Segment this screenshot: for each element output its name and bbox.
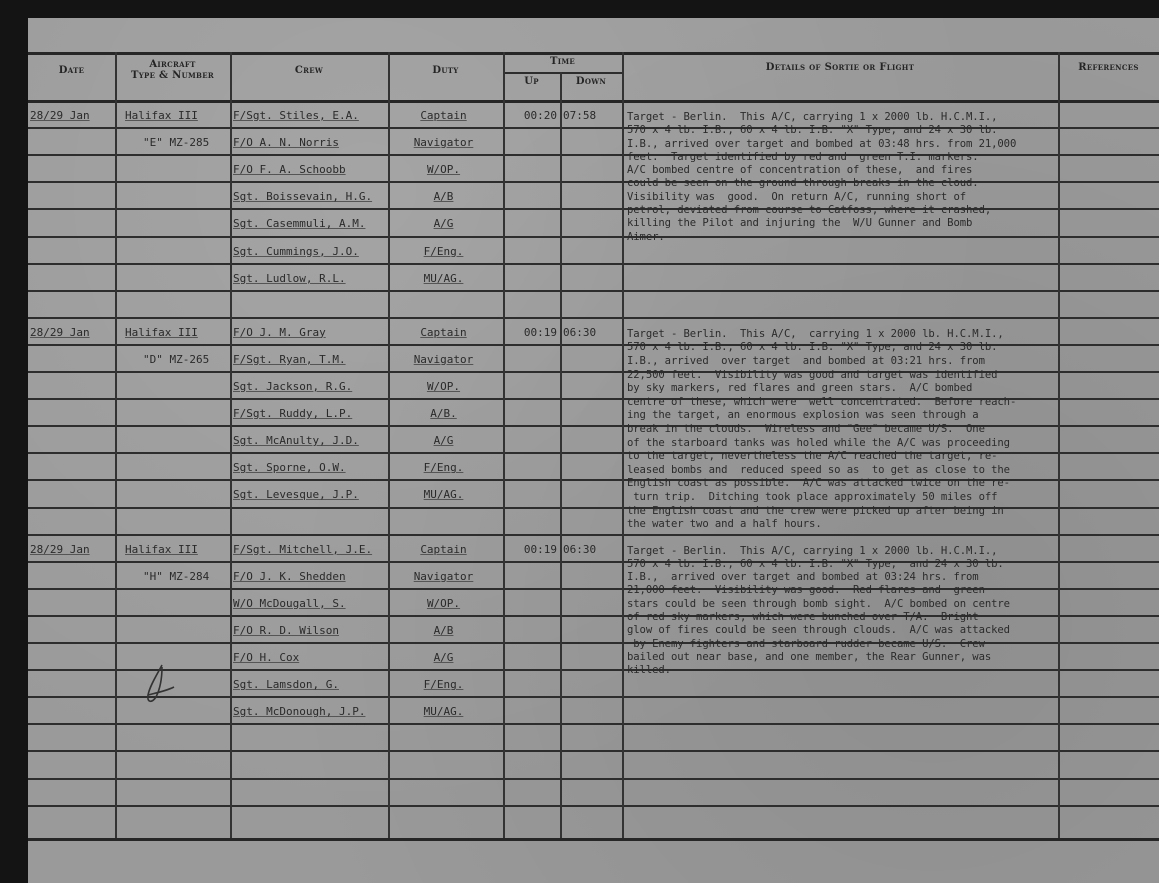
crew-member-duty: Captain [391,543,496,557]
crew-member-name: F/O R. D. Wilson [233,624,339,638]
crew-member-name: Sgt. Lamsdon, G. [233,678,339,692]
rule-line [28,838,1159,841]
crew-member-name: F/Sgt. Ryan, T.M. [233,353,346,367]
header-time: Time [503,56,622,67]
crew-member-name: F/Sgt. Ruddy, L.P. [233,407,352,421]
column-line [230,52,232,838]
column-line [115,52,117,838]
crew-member-duty: Navigator [391,570,496,584]
crew-member-duty: Captain [391,326,496,340]
rule-line [28,750,1159,752]
column-line [560,72,562,838]
rule-line [28,534,1159,536]
crew-member-name: F/O J. M. Gray [233,326,326,340]
crew-member-duty: A/G [391,217,496,231]
time-up: 00:20 [503,109,557,123]
crew-member-name: Sgt. McAnulty, J.D. [233,434,359,448]
header-details: Details of Sortie or Flight [622,62,1058,73]
crew-member-name: F/O A. N. Norris [233,136,339,150]
rule-line [28,100,1159,103]
header-references: References [1058,62,1159,73]
sortie-details: Target - Berlin. This A/C, carrying 1 x … [627,111,1016,244]
rule-line [28,263,1159,265]
column-line [388,52,390,838]
header-aircraft: Aircraft Type & Number [115,59,230,81]
aircraft-number: "E" MZ-285 [143,136,209,150]
crew-member-duty: Captain [391,109,496,123]
crew-member-duty: F/Eng. [391,461,496,475]
header-duty: Duty [388,65,503,76]
crew-member-name: Sgt. Sporne, O.W. [233,461,346,475]
header-down: Down [560,76,622,87]
aircraft-type: Halifax III [125,543,198,557]
header-up: Up [503,76,560,87]
crew-member-duty: Navigator [391,353,496,367]
rule-line [28,290,1159,292]
crew-member-name: Sgt. Boissevain, H.G. [233,190,372,204]
aircraft-number: "H" MZ-284 [143,570,209,584]
crew-member-name: F/O F. A. Schoobb [233,163,346,177]
aircraft-number: "D" MZ-265 [143,353,209,367]
crew-member-duty: W/OP. [391,163,496,177]
crew-member-duty: A/G [391,651,496,665]
rule-line [28,317,1159,319]
crew-member-name: Sgt. Jackson, R.G. [233,380,352,394]
time-down: 06:30 [563,543,596,557]
sortie-date: 28/29 Jan [30,326,90,340]
crew-member-duty: A/B. [391,407,496,421]
column-line [503,52,505,838]
crew-member-duty: Navigator [391,136,496,150]
header-crew: Crew [230,65,388,76]
sortie-date: 28/29 Jan [30,109,90,123]
sortie-details: Target - Berlin. This A/C, carrying 1 x … [627,545,1010,678]
crew-member-name: Sgt. McDonough, J.P. [233,705,365,719]
crew-member-name: Sgt. Casemmuli, A.M. [233,217,365,231]
aircraft-type: Halifax III [125,109,198,123]
crew-member-name: Sgt. Levesque, J.P. [233,488,359,502]
rule-line [28,723,1159,725]
rule-line [28,52,1159,55]
rule-line [28,696,1159,698]
rule-line [28,778,1159,780]
crew-member-duty: W/OP. [391,597,496,611]
crew-member-duty: A/B [391,190,496,204]
signature-mark [140,663,180,708]
time-up: 00:19 [503,326,557,340]
header-aircraft-line2: Type & Number [115,70,230,81]
aircraft-type: Halifax III [125,326,198,340]
rule-line [503,72,622,74]
crew-member-duty: A/B [391,624,496,638]
crew-member-duty: W/OP. [391,380,496,394]
crew-member-duty: MU/AG. [391,272,496,286]
column-line [622,52,624,838]
crew-member-duty: A/G [391,434,496,448]
crew-member-duty: MU/AG. [391,705,496,719]
crew-member-duty: F/Eng. [391,245,496,259]
crew-member-name: F/Sgt. Stiles, E.A. [233,109,359,123]
crew-member-name: Sgt. Ludlow, R.L. [233,272,346,286]
time-down: 07:58 [563,109,596,123]
rule-line [28,805,1159,807]
crew-member-name: W/O McDougall, S. [233,597,346,611]
header-aircraft-line1: Aircraft [115,59,230,70]
crew-member-duty: F/Eng. [391,678,496,692]
sortie-date: 28/29 Jan [30,543,90,557]
crew-member-name: F/O J. K. Shedden [233,570,346,584]
column-line [1058,52,1060,838]
crew-member-name: Sgt. Cummings, J.O. [233,245,359,259]
time-down: 06:30 [563,326,596,340]
crew-member-duty: MU/AG. [391,488,496,502]
time-up: 00:19 [503,543,557,557]
header-date: Date [28,65,115,76]
sortie-details: Target - Berlin. This A/C, carrying 1 x … [627,328,1016,532]
crew-member-name: F/O H. Cox [233,651,299,665]
operations-record-page: Date Aircraft Type & Number Crew Duty Ti… [28,18,1159,883]
crew-member-name: F/Sgt. Mitchell, J.E. [233,543,372,557]
